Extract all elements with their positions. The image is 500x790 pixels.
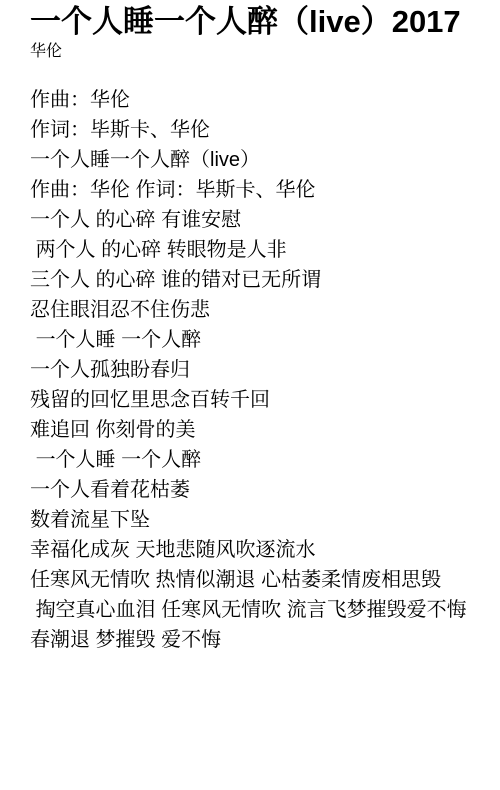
lyric-line: 一个人 的心碎 有谁安慰 — [30, 205, 482, 235]
lyric-line: 一个人睡 一个人醉 — [30, 445, 482, 475]
lyric-line: 一个人睡 一个人醉 — [30, 325, 482, 355]
lyric-line: 掏空真心血泪 任寒风无情吹 流言飞梦摧毁爱不悔 — [30, 595, 482, 625]
lyric-line: 作词：毕斯卡、华伦 — [30, 115, 482, 145]
lyric-line: 数着流星下坠 — [30, 505, 482, 535]
lyric-line: 残留的回忆里思念百转千回 — [30, 385, 482, 415]
lyric-line: 难追回 你刻骨的美 — [30, 415, 482, 445]
song-title: 一个人睡一个人醉（live）2017 — [30, 3, 482, 41]
lyric-line: 一个人睡一个人醉（live） — [30, 145, 482, 175]
lyrics-list: 作曲：华伦作词：毕斯卡、华伦一个人睡一个人醉（live）作曲：华伦 作词：毕斯卡… — [30, 85, 482, 655]
lyric-line: 任寒风无情吹 热情似潮退 心枯萎柔情废相思毁 — [30, 565, 482, 595]
lyric-line: 三个人 的心碎 谁的错对已无所谓 — [30, 265, 482, 295]
lyric-line: 幸福化成灰 天地悲随风吹逐流水 — [30, 535, 482, 565]
lyric-line: 一个人孤独盼春归 — [30, 355, 482, 385]
lyric-line: 忍住眼泪忍不住伤悲 — [30, 295, 482, 325]
lyric-line: 作曲：华伦 — [30, 85, 482, 115]
lyric-line: 两个人 的心碎 转眼物是人非 — [30, 235, 482, 265]
artist-name: 华伦 — [30, 41, 482, 62]
lyric-line: 春潮退 梦摧毁 爱不悔 — [30, 625, 482, 655]
lyrics-page: 一个人睡一个人醉（live）2017 华伦 作曲：华伦作词：毕斯卡、华伦一个人睡… — [0, 0, 500, 655]
lyric-line: 一个人看着花枯萎 — [30, 475, 482, 505]
lyric-line: 作曲：华伦 作词：毕斯卡、华伦 — [30, 175, 482, 205]
